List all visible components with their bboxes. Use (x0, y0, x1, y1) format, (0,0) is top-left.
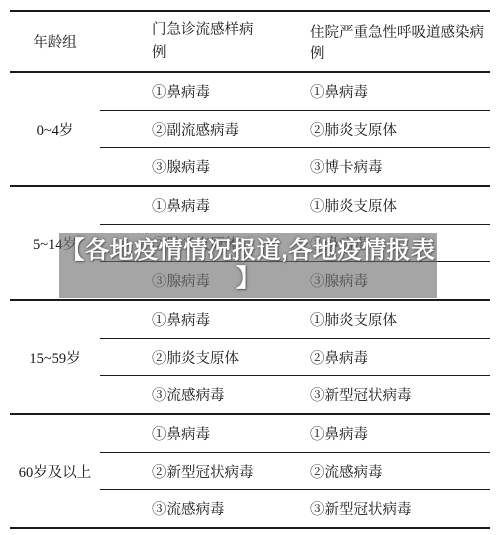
age-group-label: 15~59岁 (10, 301, 100, 413)
table-header-row: 年龄组 门急诊流感样病例 住院严重急性呼吸道感染病例 (10, 12, 490, 73)
outpatient-rank-3: ③腺病毒 (100, 156, 310, 177)
outpatient-rank-3: ③流感病毒 (100, 384, 310, 405)
table-row: ③腺病毒 ③博卡病毒 (100, 148, 490, 185)
table-row: ①鼻病毒 ①鼻病毒 (100, 73, 490, 111)
inpatient-rank-2: ②肺炎支原体 (310, 119, 490, 140)
age-group-label: 60岁及以上 (10, 415, 100, 527)
inpatient-rank-2: ②流感病毒 (310, 461, 490, 482)
outpatient-rank-2: ②新型冠状病毒 (100, 461, 310, 482)
inpatient-rank-1: ①肺炎支原体 (310, 309, 490, 330)
table-row: ②肺炎支原体 ②鼻病毒 (100, 339, 490, 377)
table-row: ③流感病毒 ③新型冠状病毒 (100, 376, 490, 413)
watermark-text-line1: 【各地疫情情况报道,各地疫情报表 (59, 237, 437, 265)
outpatient-rank-2: ②副流感病毒 (100, 119, 310, 140)
group-rows: ①鼻病毒 ①鼻病毒 ②新型冠状病毒 ②流感病毒 ③流感病毒 ③新型冠状病毒 (100, 415, 490, 527)
page: { "table": { "headers": ["年龄组", "门急诊流感样病… (0, 0, 500, 535)
table-row-group-15-59: 15~59岁 ①鼻病毒 ①肺炎支原体 ②肺炎支原体 ②鼻病毒 ③流感病毒 ③新型… (10, 301, 490, 415)
table-row: ②副流感病毒 ②肺炎支原体 (100, 111, 490, 149)
outpatient-rank-1: ①鼻病毒 (100, 309, 310, 330)
header-inpatient-sari-cases: 住院严重急性呼吸道感染病例 (310, 12, 490, 71)
outpatient-rank-3: ③流感病毒 (100, 498, 310, 519)
group-rows: ①鼻病毒 ①肺炎支原体 ②肺炎支原体 ②鼻病毒 ③流感病毒 ③新型冠状病毒 (100, 301, 490, 413)
inpatient-rank-1: ①鼻病毒 (310, 423, 490, 444)
table-row: ①鼻病毒 ①鼻病毒 (100, 415, 490, 453)
inpatient-rank-3: ③博卡病毒 (310, 156, 490, 177)
group-rows: ①鼻病毒 ①鼻病毒 ②副流感病毒 ②肺炎支原体 ③腺病毒 ③博卡病毒 (100, 73, 490, 185)
header-outpatient-ili-cases: 门急诊流感样病例 (100, 12, 310, 71)
header-outpatient-label: 门急诊流感样病例 (152, 19, 258, 65)
outpatient-rank-1: ①鼻病毒 (100, 423, 310, 444)
inpatient-rank-1: ①鼻病毒 (310, 81, 490, 102)
header-age-group: 年龄组 (10, 12, 100, 71)
age-group-label: 0~4岁 (10, 73, 100, 185)
inpatient-rank-3: ③新型冠状病毒 (310, 384, 490, 405)
outpatient-rank-1: ①鼻病毒 (100, 195, 310, 216)
table-row: ②新型冠状病毒 ②流感病毒 (100, 453, 490, 491)
table-row: ①鼻病毒 ①肺炎支原体 (100, 187, 490, 225)
watermark-text-line2: 】 (59, 265, 437, 293)
table-row-group-60-plus: 60岁及以上 ①鼻病毒 ①鼻病毒 ②新型冠状病毒 ②流感病毒 ③流感病毒 ③新型… (10, 415, 490, 529)
inpatient-rank-2: ②鼻病毒 (310, 347, 490, 368)
outpatient-rank-1: ①鼻病毒 (100, 81, 310, 102)
table-row: ①鼻病毒 ①肺炎支原体 (100, 301, 490, 339)
outpatient-rank-2: ②肺炎支原体 (100, 347, 310, 368)
watermark-overlay-banner: 【各地疫情情况报道,各地疫情报表 】 (59, 233, 437, 298)
inpatient-rank-1: ①肺炎支原体 (310, 195, 490, 216)
table-row-group-0-4: 0~4岁 ①鼻病毒 ①鼻病毒 ②副流感病毒 ②肺炎支原体 ③腺病毒 ③博卡病毒 (10, 73, 490, 187)
table-row: ③流感病毒 ③新型冠状病毒 (100, 490, 490, 527)
inpatient-rank-3: ③新型冠状病毒 (310, 498, 490, 519)
